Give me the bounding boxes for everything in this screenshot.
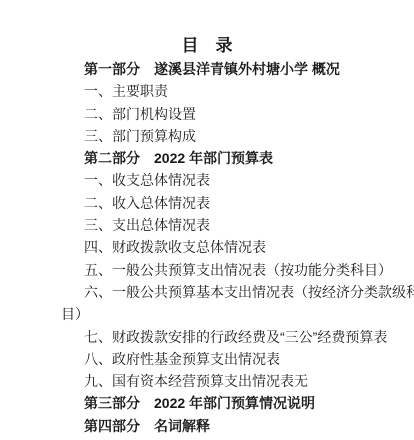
toc-text-segment: 第三部分 2022 年部门预算情况说明: [84, 395, 315, 411]
toc-line-item: 三、部门预算构成: [0, 125, 414, 147]
toc-line-header: 第四部分 名词解释: [0, 415, 414, 437]
toc-line-item: 一、主要职责: [0, 80, 414, 102]
toc-line-item: 二、部门机构设置: [0, 103, 414, 125]
toc-line-item: 六、一般公共预算基本支出情况表（按经济分类款级科: [0, 281, 414, 303]
toc-text-segment: 二、部门机构设置: [84, 106, 196, 122]
toc-title: 目 录: [0, 36, 414, 56]
toc-text-segment: 三、支出总体情况表: [84, 217, 210, 233]
toc-text-segment: 九、国有资本经营预算支出情况表无: [84, 373, 308, 389]
toc-text-segment: 六、一般公共预算基本支出情况表（按经济分类款级科: [84, 284, 414, 300]
toc-line-item: 五、一般公共预算支出情况表（按功能分类科目）: [0, 259, 414, 281]
toc-line-item: 八、政府性基金预算支出情况表: [0, 348, 414, 370]
toc-line-header: 第三部分 2022 年部门预算情况说明: [0, 392, 414, 414]
document-page: 目 录 第一部分 遂溪县洋青镇外村塘小学 概况一、主要职责二、部门机构设置三、部…: [0, 0, 414, 440]
toc-line-item: 七、财政拨款安排的行政经费及“三公”经费预算表: [0, 326, 414, 348]
toc-text-segment: 一、收支总体情况表: [84, 172, 210, 188]
toc-text-segment: 二、收入总体情况表: [84, 195, 210, 211]
toc-text-segment: 一、主要职责: [84, 83, 168, 99]
toc-text-segment: 五、一般公共预算支出情况表（按功能分类科目）: [84, 262, 392, 278]
toc-text-segment: 第一部分: [84, 61, 140, 77]
toc-list: 第一部分 遂溪县洋青镇外村塘小学 概况一、主要职责二、部门机构设置三、部门预算构…: [0, 58, 414, 437]
toc-text-segment: 八、政府性基金预算支出情况表: [84, 351, 280, 367]
toc-text-segment: 七、财政拨款安排的行政经费及“三公”经费预算表: [84, 329, 387, 345]
toc-text-segment: 第四部分 名词解释: [84, 418, 210, 434]
toc-line-item: 一、收支总体情况表: [0, 169, 414, 191]
toc-line-header: 第一部分 遂溪县洋青镇外村塘小学 概况: [0, 58, 414, 80]
toc-line-header: 第二部分 2022 年部门预算表: [0, 147, 414, 169]
toc-line-item: 三、支出总体情况表: [0, 214, 414, 236]
toc-line-continuation: 目）: [0, 303, 414, 325]
toc-line-item: 九、国有资本经营预算支出情况表无: [0, 370, 414, 392]
toc-text-segment: 概况: [312, 61, 340, 77]
toc-line-item: 四、财政拨款收支总体情况表: [0, 236, 414, 258]
toc-text-segment: 遂溪县洋青镇外村塘小学: [140, 61, 312, 77]
toc-text-segment: 第二部分 2022 年部门预算表: [84, 150, 273, 166]
toc-line-item: 二、收入总体情况表: [0, 192, 414, 214]
toc-text-segment: 三、部门预算构成: [84, 128, 196, 144]
toc-text-segment: 四、财政拨款收支总体情况表: [84, 239, 266, 255]
toc-text-segment: 目）: [61, 306, 89, 322]
